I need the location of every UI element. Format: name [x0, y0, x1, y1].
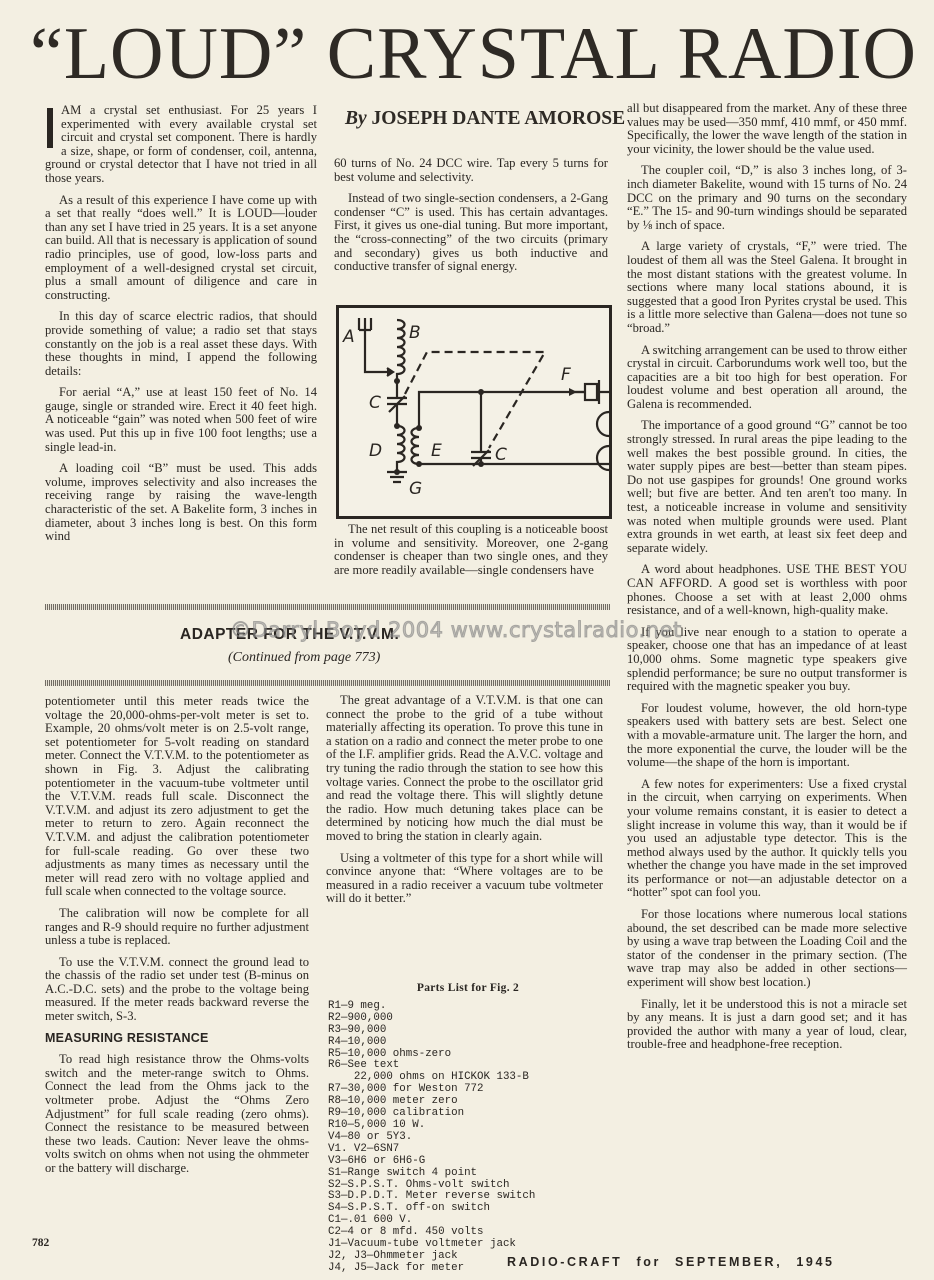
paragraph: The great advantage of a V.T.V.M. is tha…	[326, 694, 603, 844]
article-column-2-continued: The net result of this coupling is a not…	[334, 523, 608, 585]
paragraph: As a result of this experience I have co…	[45, 194, 317, 303]
continued-note: (Continued from page 773)	[228, 650, 380, 666]
paragraph: A few notes for experimenters: Use a fix…	[627, 778, 907, 900]
paragraph: potentiometer until this meter reads twi…	[45, 695, 309, 899]
drop-cap-i	[47, 108, 53, 148]
watermark: ©Darryl Boyd 2004 www.crystalradio.net	[230, 618, 682, 642]
paragraph: The importance of a good ground “G” cann…	[627, 419, 907, 555]
parts-list-item: V1. V2—6SN7	[328, 1144, 608, 1156]
divider-rule-bottom	[45, 680, 610, 686]
schematic-diagram-icon: A B C D E C F G	[339, 308, 609, 516]
parts-list-item: R3—90,000	[328, 1025, 608, 1037]
parts-list-item: R2—900,000	[328, 1013, 608, 1025]
label-a: A	[342, 327, 355, 347]
label-e: E	[431, 441, 442, 461]
insert-column-2: The great advantage of a V.T.V.M. is tha…	[326, 694, 603, 914]
paragraph: Finally, let it be understood this is no…	[627, 998, 907, 1052]
paragraph: AM a crystal set enthusiast. For 25 year…	[45, 104, 317, 186]
paragraph: A word about headphones. USE THE BEST YO…	[627, 563, 907, 617]
paragraph: To use the V.T.V.M. connect the ground l…	[45, 956, 309, 1024]
label-d: D	[369, 441, 382, 461]
paragraph: The net result of this coupling is a not…	[334, 523, 608, 577]
section-heading: MEASURING RESISTANCE	[45, 1032, 309, 1046]
parts-list: Parts List for Fig. 2 R1—9 meg. R2—900,0…	[328, 983, 608, 1275]
byline-prefix: By	[345, 108, 367, 129]
parts-list-item: S1—Range switch 4 point	[328, 1168, 608, 1180]
paragraph: Using a voltmeter of this type for a sho…	[326, 852, 603, 906]
paragraph: For loudest volume, however, the old hor…	[627, 702, 907, 770]
parts-list-item: R4—10,000	[328, 1037, 608, 1049]
article-column-2: 60 turns of No. 24 DCC wire. Tap every 5…	[334, 157, 608, 282]
byline-author: JOSEPH DANTE AMOROSE	[372, 108, 626, 129]
label-b: B	[409, 323, 421, 343]
circuit-schematic: A B C D E C F G	[336, 305, 612, 519]
paragraph: 60 turns of No. 24 DCC wire. Tap every 5…	[334, 157, 608, 184]
publication-footer: RADIO-CRAFT for SEPTEMBER, 1945	[507, 1255, 835, 1269]
label-c1: C	[369, 393, 381, 413]
parts-list-item: V4—80 or 5Y3.	[328, 1132, 608, 1144]
parts-list-title: Parts List for Fig. 2	[328, 983, 608, 995]
paragraph: For aerial “A,” use at least 150 feet of…	[45, 386, 317, 454]
page-number: 782	[32, 1237, 49, 1249]
paragraph: Instead of two single-section condensers…	[334, 192, 608, 274]
insert-column-1: potentiometer until this meter reads twi…	[45, 695, 309, 1184]
paragraph: all but disappeared from the market. Any…	[627, 102, 907, 156]
article-column-3: all but disappeared from the market. Any…	[627, 102, 907, 1060]
paragraph: A switching arrangement can be used to t…	[627, 344, 907, 412]
paragraph: A large variety of crystals, “F,” were t…	[627, 240, 907, 335]
paragraph: A loading coil “B” must be used. This ad…	[45, 462, 317, 544]
paragraph: In this day of scarce electric radios, t…	[45, 310, 317, 378]
article-column-1: AM a crystal set enthusiast. For 25 year…	[45, 104, 317, 552]
label-g: G	[409, 479, 422, 499]
paragraph: For those locations where numerous local…	[627, 908, 907, 990]
byline: By JOSEPH DANTE AMOROSE	[345, 108, 625, 130]
paragraph: The coupler coil, “D,” is also 3 inches …	[627, 164, 907, 232]
paragraph: To read high resistance throw the Ohms-v…	[45, 1053, 309, 1175]
article-title: “LOUD” CRYSTAL RADIO	[30, 14, 910, 94]
divider-rule-top	[45, 604, 610, 610]
parts-list-item: V3—6H6 or 6H6-G	[328, 1156, 608, 1168]
label-f: F	[561, 365, 571, 385]
label-c2: C	[495, 445, 507, 465]
paragraph: The calibration will now be complete for…	[45, 907, 309, 948]
